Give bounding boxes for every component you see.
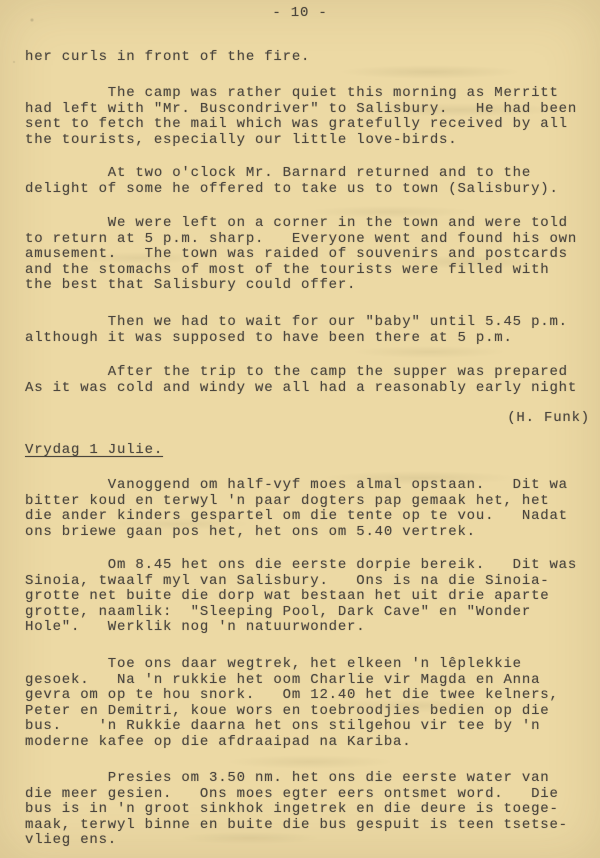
text-line: moderne kafee op die afdraaipad na Karib… [25, 735, 559, 751]
text-line: die ander kinders gespartel om die tente… [25, 509, 568, 525]
paragraph: The camp was rather quiet this morning a… [25, 86, 577, 148]
text-line: The camp was rather quiet this morning a… [25, 86, 577, 102]
paragraph: Then we had to wait for our "baby" until… [25, 315, 568, 346]
text-line: the tourists, especially our little love… [25, 133, 577, 149]
entry-heading: Vrydag 1 Julie. [25, 443, 163, 459]
text-line: had left with "Mr. Buscondriver" to Sali… [25, 102, 577, 118]
document-page: - 10 - her curls in front of the fire. T… [0, 0, 600, 858]
text-line: ons briewe gaan pos het, het ons om 5.40… [25, 525, 568, 541]
entry-heading-text: Vrydag 1 Julie. [25, 442, 163, 458]
text-line: amusement. The town was raided of souven… [25, 247, 577, 263]
text-line: Hole". Werklik nog 'n natuurwonder. [25, 620, 577, 636]
signature: (H. Funk) [507, 411, 590, 427]
text-line: die meer gesien. Ons moes egter eers ont… [25, 787, 568, 803]
text-line: At two o'clock Mr. Barnard returned and … [25, 166, 559, 182]
paragraph: At two o'clock Mr. Barnard returned and … [25, 166, 559, 197]
paragraph: her curls in front of the fire. [25, 50, 310, 66]
text-line: gesoek. Na 'n rukkie het oom Charlie vir… [25, 673, 559, 689]
text-line: bus is in 'n groot sinkhok ingetrek en d… [25, 802, 568, 818]
paragraph: Vanoggend om half-vyf moes almal opstaan… [25, 478, 568, 540]
paragraph: Toe ons daar wegtrek, het elkeen 'n lêpl… [25, 657, 559, 751]
text-line: Sinoia, twaalf myl van Salisbury. Ons is… [25, 574, 577, 590]
paragraph: Presies om 3.50 nm. het ons die eerste w… [25, 771, 568, 849]
text-line: although it was supposed to have been th… [25, 331, 568, 347]
text-line: Vanoggend om half-vyf moes almal opstaan… [25, 478, 568, 494]
text-line: delight of some he offered to take us to… [25, 182, 559, 198]
text-line: Then we had to wait for our "baby" until… [25, 315, 568, 331]
text-line: After the trip to the camp the supper wa… [25, 365, 577, 381]
text-line: her curls in front of the fire. [25, 50, 310, 66]
text-line: bitter koud en terwyl 'n paar dogters pa… [25, 494, 568, 510]
text-line: We were left on a corner in the town and… [25, 216, 577, 232]
paragraph: Om 8.45 het ons die eerste dorpie bereik… [25, 558, 577, 636]
text-line: sent to fetch the mail which was gratefu… [25, 117, 577, 133]
text-line: grotte net buite die dorp wat bestaan he… [25, 589, 577, 605]
paragraph: After the trip to the camp the supper wa… [25, 365, 577, 396]
text-line: gevra om op te hou snork. Om 12.40 het d… [25, 688, 559, 704]
text-line: Presies om 3.50 nm. het ons die eerste w… [25, 771, 568, 787]
text-line: bus. 'n Rukkie daarna het ons stilgehou … [25, 719, 559, 735]
text-line: vlieg ens. [25, 833, 568, 849]
text-line: As it was cold and windy we all had a re… [25, 381, 577, 397]
text-line: Toe ons daar wegtrek, het elkeen 'n lêpl… [25, 657, 559, 673]
text-line: Om 8.45 het ons die eerste dorpie bereik… [25, 558, 577, 574]
text-line: to return at 5 p.m. sharp. Everyone went… [25, 232, 577, 248]
paragraph: We were left on a corner in the town and… [25, 216, 577, 294]
page-number: - 10 - [0, 6, 600, 22]
text-line: the best that Salisbury could offer. [25, 278, 577, 294]
